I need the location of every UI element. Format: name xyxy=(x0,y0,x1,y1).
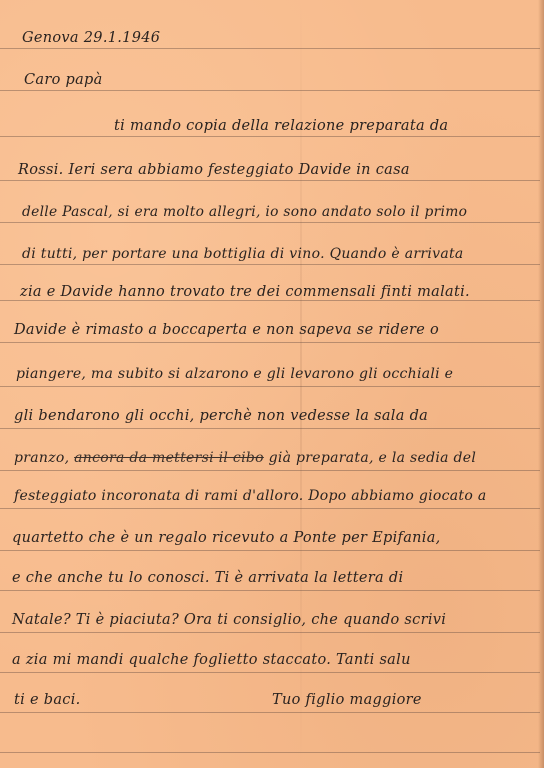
ruled-line xyxy=(0,632,540,633)
ruled-line xyxy=(0,386,540,387)
line-start: pranzo, xyxy=(14,450,69,466)
letter-line: ti mando copia della relazione preparata… xyxy=(114,118,448,134)
ruled-line xyxy=(0,590,540,591)
closing: ti e baci. xyxy=(14,692,81,708)
salutation: Caro papà xyxy=(24,72,103,88)
struck-text: ancora da mettersi il cibo xyxy=(74,450,264,466)
letter-line: quartetto che è un regalo ricevuto a Pon… xyxy=(12,530,441,546)
place-date: Genova 29.1.1946 xyxy=(22,30,160,46)
ruled-line xyxy=(0,180,540,181)
ruled-line xyxy=(0,222,540,223)
ruled-line xyxy=(0,48,540,49)
signature: Tuo figlio maggiore xyxy=(272,692,422,708)
ruled-line xyxy=(0,342,540,343)
letter-line: gli bendarono gli occhi, perchè non vede… xyxy=(14,408,428,424)
letter-line: Rossi. Ieri sera abbiamo festeggiato Dav… xyxy=(18,162,410,178)
letter-line: festeggiato incoronata di rami d'alloro.… xyxy=(14,488,486,504)
letter-line: piangere, ma subito si alzarono e gli le… xyxy=(16,366,453,382)
ruled-line xyxy=(0,470,540,471)
letter-line: Natale? Ti è piaciuta? Ora ti consiglio,… xyxy=(12,612,446,628)
ruled-line xyxy=(0,300,540,301)
letter-line: delle Pascal, si era molto allegri, io s… xyxy=(22,204,467,220)
letter-line: e che anche tu lo conosci. Ti è arrivata… xyxy=(12,570,403,586)
line-end: già preparata, e la sedia del xyxy=(269,450,477,466)
ruled-line xyxy=(0,90,540,91)
ruled-line xyxy=(0,428,540,429)
letter-line-with-strikethrough: pranzo, ancora da mettersi il cibo già p… xyxy=(14,450,476,466)
letter-line: Davide è rimasto a boccaperta e non sape… xyxy=(14,322,439,338)
ruled-line xyxy=(0,136,540,137)
ruled-line xyxy=(0,508,540,509)
letter-page: Genova 29.1.1946 Caro papà ti mando copi… xyxy=(0,0,544,768)
letter-line: a zia mi mandi qualche foglietto staccat… xyxy=(12,652,411,668)
ruled-line xyxy=(0,712,540,713)
ruled-line xyxy=(0,550,540,551)
letter-line: di tutti, per portare una bottiglia di v… xyxy=(22,246,464,262)
ruled-line xyxy=(0,752,540,753)
letter-line: zia e Davide hanno trovato tre dei comme… xyxy=(20,284,470,300)
ruled-line xyxy=(0,672,540,673)
ruled-line xyxy=(0,264,540,265)
